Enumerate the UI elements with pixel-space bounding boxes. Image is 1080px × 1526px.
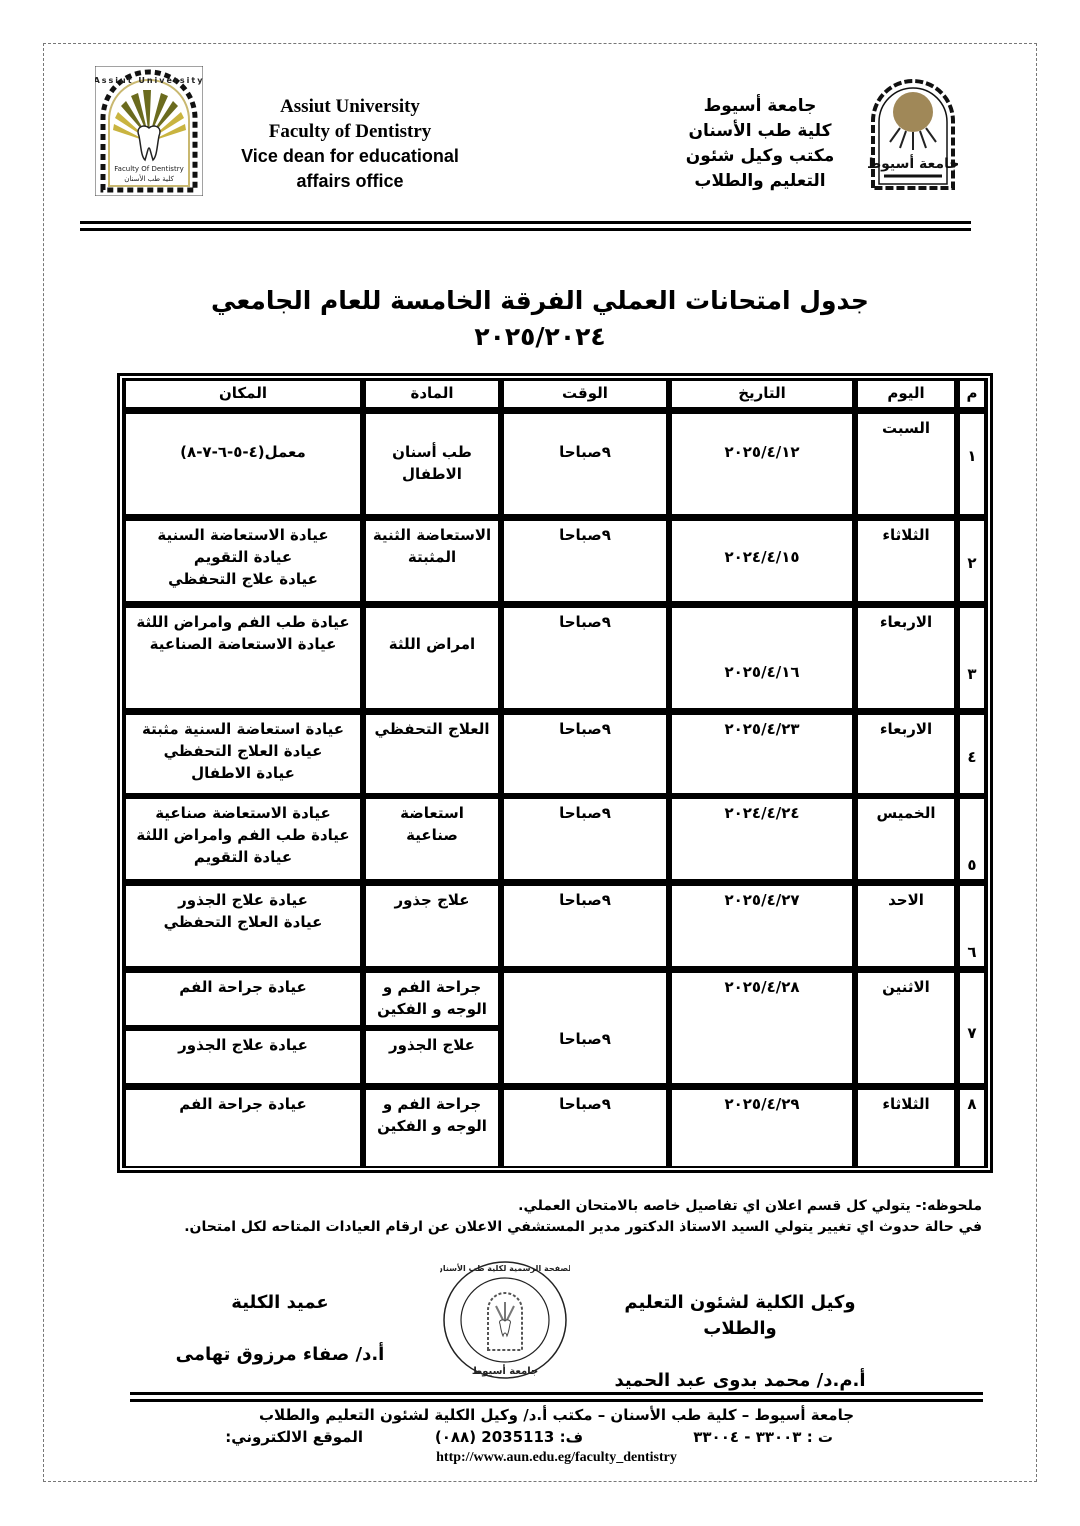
row-7-place-b: عيادة علاج الجذور: [126, 1031, 360, 1083]
dean-signature: عميد الكلية أ.د/ صفاء مرزوق تهامى: [160, 1290, 400, 1368]
row-6-day: الاحد: [858, 886, 954, 966]
row-3-day: الاربعاء: [858, 608, 954, 708]
row-3-time: ٩صباحا: [504, 608, 666, 708]
page-title: جدول امتحانات العملي الفرقة الخامسة للعا…: [200, 283, 880, 355]
row-5-day: الخميس: [858, 799, 954, 879]
header-num: م: [960, 381, 984, 407]
note-line-1: ملحوظه:- يتولي كل قسم اعلان اي تفاصيل خا…: [150, 1196, 982, 1217]
row-2-time: ٩صباحا: [504, 521, 666, 601]
svg-text:جامعة أسيوط: جامعة أسيوط: [868, 154, 958, 172]
row-7-subject-a: جراحة الفم و الوجه و الفكين: [366, 973, 498, 1025]
row-8-place: عيادة جراحة الفم: [126, 1090, 360, 1166]
header-en-office-2: affairs office: [220, 169, 480, 194]
row-2-num: ٢: [960, 521, 984, 601]
notes: ملحوظه:- يتولي كل قسم اعلان اي تفاصيل خا…: [150, 1196, 982, 1238]
vice-dean-name: أ.م.د/ محمد بدوى عبد الحميد: [590, 1368, 890, 1394]
row-1-day: السبت: [858, 414, 954, 514]
header-en-faculty: Faculty of Dentistry: [220, 119, 480, 144]
row-1-subject: طب أسنان الاطفال: [366, 414, 498, 514]
row-6-date: ٢٠٢٥/٤/٢٧: [672, 886, 852, 966]
row-6-place: عيادة علاج الجذور عيادة العلاج التحفظي: [126, 886, 360, 966]
svg-text:Assiut University: Assiut University: [95, 76, 203, 85]
exam-schedule-table: م اليوم التاريخ الوقت المادة المكان ١ ال…: [117, 373, 993, 1173]
header-ar-university: جامعة أسيوط: [660, 94, 860, 119]
row-8-subject: جراحة الفم و الوجه و الفكين: [366, 1090, 498, 1166]
row-4-day: الاربعاء: [858, 715, 954, 793]
vice-dean-signature: وكيل الكلية لشئون التعليم والطلاب أ.م.د/…: [590, 1290, 890, 1394]
row-4-num: ٤: [960, 715, 984, 793]
row-5-time: ٩صباحا: [504, 799, 666, 879]
row-6-subject: علاج جذور: [366, 886, 498, 966]
svg-text:Faculty Of Dentistry: Faculty Of Dentistry: [114, 165, 183, 173]
svg-text:جامعة أسيوط: جامعة أسيوط: [472, 1364, 538, 1377]
row-7-time: ٩صباحا: [504, 973, 666, 1083]
row-3-date: ٢٠٢٥/٤/١٦: [672, 608, 852, 708]
row-5-num: ٥: [960, 799, 984, 879]
faculty-of-dentistry-logo: Assiut University Faculty Of Dentistry ك…: [95, 66, 203, 196]
header-en-university: Assiut University: [220, 94, 480, 119]
row-2-place: عيادة الاستعاضة السنية عيادة التقويم عيا…: [126, 521, 360, 601]
row-4-place: عيادة استعاضة السنية مثبتة عيادة العلاج …: [126, 715, 360, 793]
header-ar-faculty: كلية طب الأسنان: [660, 119, 860, 144]
header-ar-office-1: مكتب وكيل شئون: [660, 144, 860, 169]
header-date: التاريخ: [672, 381, 852, 407]
row-6-time: ٩صباحا: [504, 886, 666, 966]
row-1-time: ٩صباحا: [504, 414, 666, 514]
row-3-place: عيادة طب الفم وامراض اللثة عيادة الاستعا…: [126, 608, 360, 708]
row-7-day: الاثنين: [858, 973, 954, 1083]
row-7-subject-b: علاج الجذور: [366, 1031, 498, 1083]
row-7-place-a: عيادة جراحة الفم: [126, 973, 360, 1025]
row-6-num: ٦: [960, 886, 984, 966]
header-ar-office-2: التعليم والطلاب: [660, 169, 860, 194]
header-day: اليوم: [858, 381, 954, 407]
row-8-day: الثلاثاء: [858, 1090, 954, 1166]
row-8-time: ٩صباحا: [504, 1090, 666, 1166]
row-5-subject: استعاضة صناعية: [366, 799, 498, 879]
note-line-2: في حالة حدوث اي تغيير يتولي السيد الاستا…: [150, 1217, 982, 1238]
row-1-place: معمل(٤-٥-٦-٧-٨): [126, 414, 360, 514]
header-time: الوقت: [504, 381, 666, 407]
row-5-date: ٢٠٢٤/٤/٢٤: [672, 799, 852, 879]
header-divider: [80, 221, 971, 231]
header-place: المكان: [126, 381, 360, 407]
official-seal-icon: الصفحة الرسمية لكلية طب الأسنان جامعة أس…: [440, 1258, 570, 1383]
row-8-num: ٨: [960, 1090, 984, 1166]
svg-text:الصفحة الرسمية لكلية طب الأسنا: الصفحة الرسمية لكلية طب الأسنان: [440, 1263, 570, 1273]
row-7-num: ٧: [960, 973, 984, 1083]
header-english: Assiut University Faculty of Dentistry V…: [220, 94, 480, 194]
row-8-date: ٢٠٢٥/٤/٢٩: [672, 1090, 852, 1166]
footer-fax: ف: 2035113 (٠٨٨): [435, 1426, 583, 1448]
row-5-place: عيادة الاستعاضة صناعية عيادة طب الفم وام…: [126, 799, 360, 879]
footer: جامعة أسيوط – كلية طب الأسنان – مكتب أ.د…: [130, 1404, 983, 1468]
row-4-time: ٩صباحا: [504, 715, 666, 793]
vice-dean-title: وكيل الكلية لشئون التعليم والطلاب: [624, 1292, 855, 1339]
row-2-date: ٢٠٢٤/٤/١٥: [672, 521, 852, 601]
row-4-subject: العلاج التحفظي: [366, 715, 498, 793]
footer-url-link[interactable]: http://www.aun.edu.eg/faculty_dentistry: [130, 1448, 983, 1468]
title-line-2: ٢٠٢٥/٢٠٢٤: [200, 319, 880, 355]
assiut-university-logo: جامعة أسيوط: [868, 76, 958, 190]
footer-divider: [130, 1392, 983, 1402]
footer-address: جامعة أسيوط – كلية طب الأسنان – مكتب أ.د…: [130, 1404, 983, 1426]
header-arabic: جامعة أسيوط كلية طب الأسنان مكتب وكيل شئ…: [660, 94, 860, 194]
dean-name: أ.د/ صفاء مرزوق تهامى: [160, 1342, 400, 1368]
footer-phone: ت : ٣٣٠٠٣ - ٣٣٠٠٤: [693, 1426, 833, 1448]
row-7-date: ٢٠٢٥/٤/٢٨: [672, 973, 852, 1083]
row-4-date: ٢٠٢٥/٤/٢٣: [672, 715, 852, 793]
row-1-date: ٢٠٢٥/٤/١٢: [672, 414, 852, 514]
row-1-num: ١: [960, 414, 984, 514]
row-2-subject: الاستعاضة الثنية المثبتة: [366, 521, 498, 601]
header-en-office-1: Vice dean for educational: [220, 144, 480, 169]
row-2-day: الثلاثاء: [858, 521, 954, 601]
row-3-num: ٣: [960, 608, 984, 708]
row-3-subject: امراض اللثة: [366, 608, 498, 708]
footer-website-label: الموقع الالكتروني:: [225, 1426, 363, 1448]
header-subject: المادة: [366, 381, 498, 407]
svg-text:كلية طب الأسنان: كلية طب الأسنان: [124, 174, 174, 183]
dean-title: عميد الكلية: [231, 1292, 328, 1313]
title-line-1: جدول امتحانات العملي الفرقة الخامسة للعا…: [200, 283, 880, 319]
